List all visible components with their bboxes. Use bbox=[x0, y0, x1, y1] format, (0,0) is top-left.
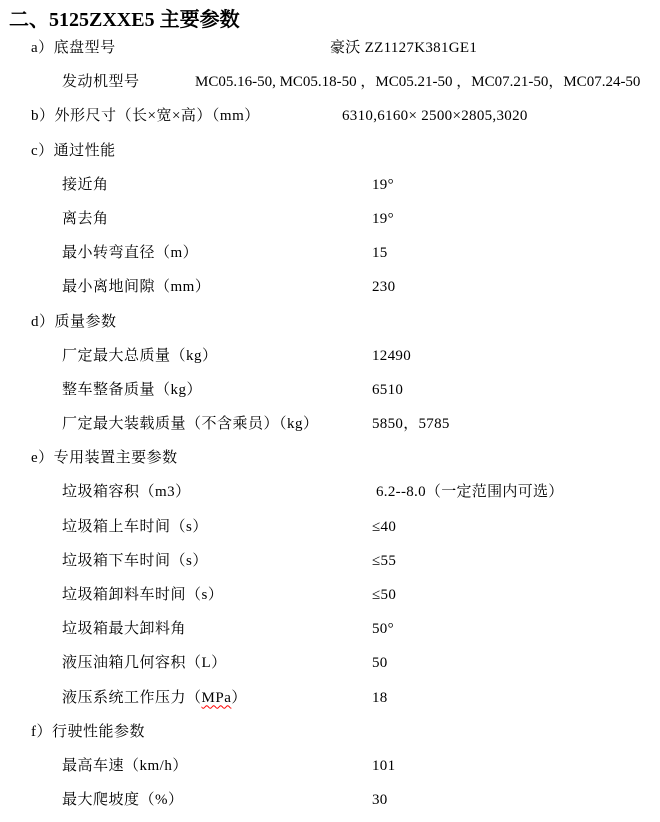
param-row-max-total-mass: 厂定最大总质量（kg） 12490 bbox=[0, 347, 660, 381]
param-label: 接近角 bbox=[62, 176, 109, 194]
param-label: b）外形尺寸（长×宽×高）（mm） bbox=[31, 107, 260, 125]
param-row-hydraulic-working-pressure: 液压系统工作压力（MPa） 18 bbox=[0, 689, 660, 723]
param-value: 50 bbox=[372, 654, 388, 672]
param-value: 6.2--8.0（一定范围内可选） bbox=[376, 483, 564, 501]
param-label: d）质量参数 bbox=[31, 313, 117, 331]
param-label: 厂定最大装载质量（不含乘员）（kg） bbox=[62, 415, 319, 433]
param-value: 12490 bbox=[372, 347, 411, 365]
param-row-driving-performance: f）行驶性能参数 bbox=[0, 723, 660, 757]
param-label: 厂定最大总质量（kg） bbox=[62, 347, 218, 365]
param-label: e）专用装置主要参数 bbox=[31, 449, 178, 467]
param-label: 整车整备质量（kg） bbox=[62, 381, 202, 399]
param-value: 30 bbox=[372, 791, 388, 809]
param-value: 18 bbox=[372, 689, 388, 707]
param-value: 5850，5785 bbox=[372, 415, 450, 433]
param-label: 垃圾箱容积（m3） bbox=[62, 483, 191, 501]
param-value: 6310,6160× 2500×2805,3020 bbox=[342, 107, 528, 125]
spellcheck-underline: MPa bbox=[202, 690, 232, 706]
document-page: 二、5125ZXXE5 主要参数 a）底盘型号 豪沃 ZZ1127K381GE1… bbox=[0, 0, 660, 822]
param-row-curb-mass: 整车整备质量（kg） 6510 bbox=[0, 381, 660, 415]
param-row-mass-parameters: d）质量参数 bbox=[0, 313, 660, 347]
param-row-max-payload-mass: 厂定最大装载质量（不含乘员）（kg） 5850，5785 bbox=[0, 415, 660, 449]
param-label: 最小转弯直径（m） bbox=[62, 244, 198, 262]
param-row-hydraulic-tank-volume: 液压油箱几何容积（L） 50 bbox=[0, 654, 660, 688]
param-value: 50° bbox=[372, 620, 394, 638]
param-row-special-device-parameters: e）专用装置主要参数 bbox=[0, 449, 660, 483]
param-label: 发动机型号 bbox=[62, 73, 140, 91]
param-label: 液压系统工作压力（MPa） bbox=[62, 689, 247, 707]
param-row-engine-model: 发动机型号 MC05.16-50, MC05.18-50 ，MC05.21-50… bbox=[0, 73, 660, 107]
param-row-departure-angle: 离去角 19° bbox=[0, 210, 660, 244]
param-value: MC05.16-50, MC05.18-50 ，MC05.21-50 ，MC07… bbox=[195, 73, 640, 91]
param-value: ≤40 bbox=[372, 518, 396, 536]
param-row-bin-dumping-time: 垃圾箱卸料车时间（s） ≤50 bbox=[0, 586, 660, 620]
param-label: 垃圾箱上车时间（s） bbox=[62, 518, 208, 536]
param-label: a）底盘型号 bbox=[31, 39, 116, 57]
param-value: 豪沃 ZZ1127K381GE1 bbox=[330, 39, 477, 57]
param-value: ≤55 bbox=[372, 552, 396, 570]
param-label: 垃圾箱下车时间（s） bbox=[62, 552, 208, 570]
param-row-min-ground-clearance: 最小离地间隙（mm） 230 bbox=[0, 278, 660, 312]
param-value: 15 bbox=[372, 244, 388, 262]
param-value: 19° bbox=[372, 210, 394, 228]
parameter-list: a）底盘型号 豪沃 ZZ1127K381GE1 发动机型号 MC05.16-50… bbox=[0, 39, 660, 822]
param-label: 垃圾箱最大卸料角 bbox=[62, 620, 186, 638]
param-row-passability: c）通过性能 bbox=[0, 142, 660, 176]
param-label: 液压油箱几何容积（L） bbox=[62, 654, 227, 672]
param-value: 230 bbox=[372, 278, 395, 296]
param-row-chassis-model: a）底盘型号 豪沃 ZZ1127K381GE1 bbox=[0, 39, 660, 73]
param-row-bin-volume: 垃圾箱容积（m3） 6.2--8.0（一定范围内可选） bbox=[0, 483, 660, 517]
param-label: f）行驶性能参数 bbox=[31, 723, 145, 741]
param-label: 垃圾箱卸料车时间（s） bbox=[62, 586, 223, 604]
param-label: 最大爬坡度（%） bbox=[62, 791, 184, 809]
param-row-approach-angle: 接近角 19° bbox=[0, 176, 660, 210]
param-value: 101 bbox=[372, 757, 395, 775]
param-row-bin-max-dump-angle: 垃圾箱最大卸料角 50° bbox=[0, 620, 660, 654]
param-row-max-gradeability: 最大爬坡度（%） 30 bbox=[0, 791, 660, 822]
param-label: 最高车速（km/h） bbox=[62, 757, 188, 775]
page-title: 二、5125ZXXE5 主要参数 bbox=[9, 3, 240, 32]
param-row-max-speed: 最高车速（km/h） 101 bbox=[0, 757, 660, 791]
param-value: 19° bbox=[372, 176, 394, 194]
param-row-bin-unloading-time: 垃圾箱下车时间（s） ≤55 bbox=[0, 552, 660, 586]
param-label: 离去角 bbox=[62, 210, 109, 228]
param-row-bin-loading-time: 垃圾箱上车时间（s） ≤40 bbox=[0, 518, 660, 552]
param-row-min-turning-diameter: 最小转弯直径（m） 15 bbox=[0, 244, 660, 278]
param-value: ≤50 bbox=[372, 586, 396, 604]
param-label: 最小离地间隙（mm） bbox=[62, 278, 210, 296]
param-label: c）通过性能 bbox=[31, 142, 116, 160]
param-row-overall-dimensions: b）外形尺寸（长×宽×高）（mm） 6310,6160× 2500×2805,3… bbox=[0, 107, 660, 141]
param-value: 6510 bbox=[372, 381, 403, 399]
